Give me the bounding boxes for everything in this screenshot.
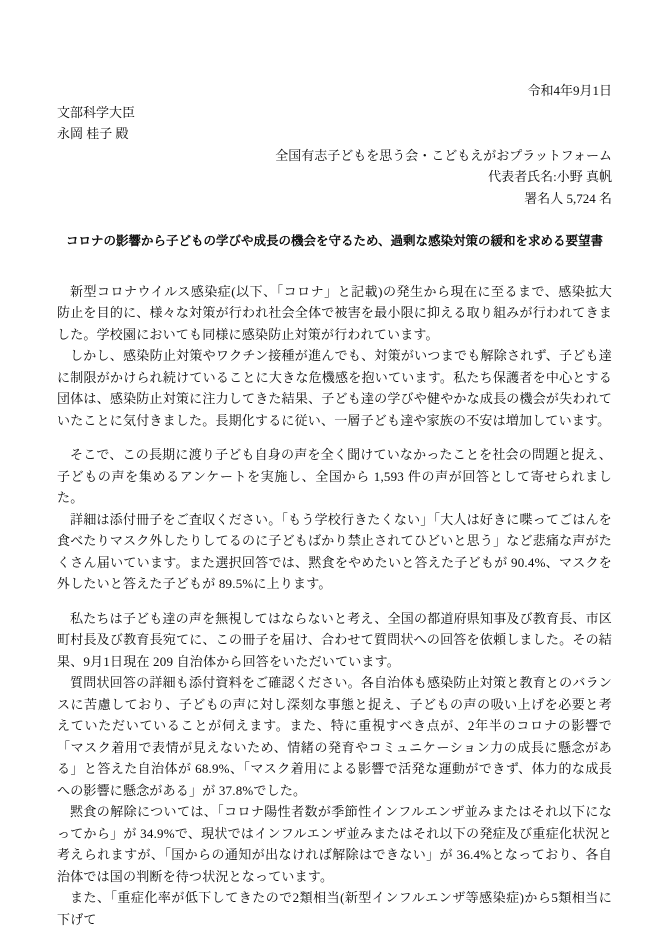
body-paragraph: 私たちは子ども達の声を無視してはならないと考え、全国の都道府県知事及び教育長、市…: [57, 608, 612, 673]
recipient-name: 永岡 桂子 殿: [57, 123, 612, 145]
document-title: コロナの影響から子どもの学びや成長の機会を守るため、過剰な感染対策の緩和を求める…: [57, 231, 612, 253]
sender-representative: 代表者氏名:小野 真帆: [57, 166, 612, 188]
document-page: 令和4年9月1日 文部科学大臣 永岡 桂子 殿 全国有志子どもを思う会・こどもえ…: [0, 0, 665, 940]
letter-date: 令和4年9月1日: [57, 80, 612, 102]
recipient-title: 文部科学大臣: [57, 102, 612, 124]
body-paragraph: しかし、感染防止対策やワクチン接種が進んでも、対策がいつまでも解除されず、子ども…: [57, 345, 612, 431]
body-paragraph: 黙食の解除については、「コロナ陽性者数が季節性インフルエンザ並みまたはそれ以下に…: [57, 801, 612, 887]
body-paragraph: また、「重症化率が低下してきたので2類相当(新型インフルエンザ等感染症)から5類…: [57, 887, 612, 930]
sender-signature-count: 署名人 5,724 名: [57, 188, 612, 210]
body-paragraph: そこで、この長期に渡り子ども自身の声を全く聞けていなかったことを社会の問題と捉え…: [57, 444, 612, 509]
document-body: 新型コロナウイルス感染症(以下、「コロナ」と記載)の発生から現在に至るまで、感染…: [57, 281, 612, 931]
body-paragraph: 新型コロナウイルス感染症(以下、「コロナ」と記載)の発生から現在に至るまで、感染…: [57, 281, 612, 346]
body-paragraph: 詳細は添付冊子をご査収ください。「もう学校行きたくない」「大人は好きに喋ってごは…: [57, 509, 612, 595]
body-paragraph: 質問状回答の詳細も添付資料をご確認ください。各自治体も感染防止対策と教育とのバラ…: [57, 672, 612, 801]
sender-organization: 全国有志子どもを思う会・こどもえがおプラットフォーム: [57, 145, 612, 167]
